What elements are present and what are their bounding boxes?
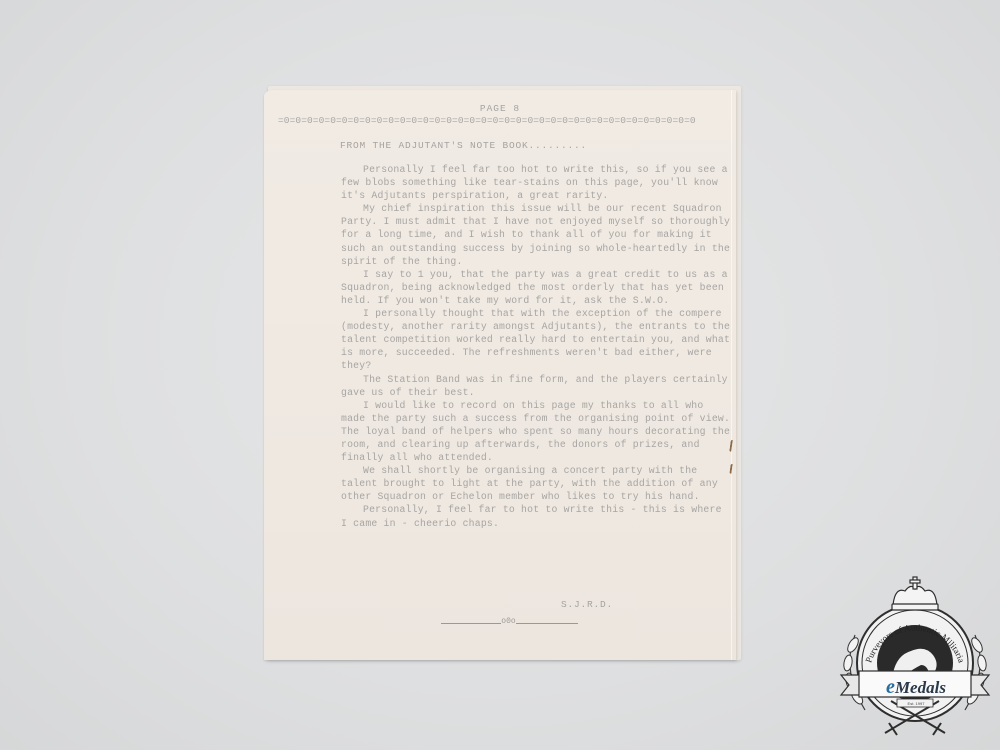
emblem-badge-icon: Purveyors of Authentic Militaria (835, 575, 995, 740)
body-text: Personally I feel far too hot to write t… (341, 163, 731, 530)
document-page: PAGE 8 =0=0=0=0=0=0=0=0=0=0=0=0=0=0=0=0=… (264, 90, 736, 660)
section-title: FROM THE ADJUTANT'S NOTE BOOK......... (340, 140, 587, 151)
paragraph: We shall shortly be organising a concert… (341, 464, 731, 503)
emblem-brand-prefix: e (886, 676, 895, 698)
emblem-brand-name: eMedals (871, 676, 961, 699)
signature-initials: S.J.R.D. (561, 599, 613, 610)
end-rule-line-right (516, 623, 578, 624)
paragraph: The Station Band was in fine form, and t… (341, 373, 731, 399)
paper-tear-mark (729, 440, 736, 453)
emblem-established: Est. 1997 (899, 701, 933, 706)
page-number: PAGE 8 (264, 103, 736, 114)
paper-edge (731, 90, 732, 660)
paragraph: Personally, I feel far to hot to write t… (341, 503, 731, 529)
paragraph: I would like to record on this page my t… (341, 399, 731, 464)
end-rule: o0o (441, 620, 578, 628)
end-rule-mark: o0o (501, 617, 516, 626)
emedals-watermark-logo: Purveyors of Authentic Militaria eMedals… (835, 575, 995, 740)
paper-tear-mark (729, 464, 735, 475)
paragraph: Personally I feel far too hot to write t… (341, 163, 731, 202)
paragraph: My chief inspiration this issue will be … (341, 202, 731, 267)
chain-divider: =0=0=0=0=0=0=0=0=0=0=0=0=0=0=0=0=0=0=0=0… (278, 115, 714, 126)
end-rule-line-left (441, 623, 501, 624)
paragraph: I say to 1 you, that the party was a gre… (341, 268, 731, 307)
paragraph: I personally thought that with the excep… (341, 307, 731, 372)
emblem-brand-word: Medals (895, 678, 946, 697)
